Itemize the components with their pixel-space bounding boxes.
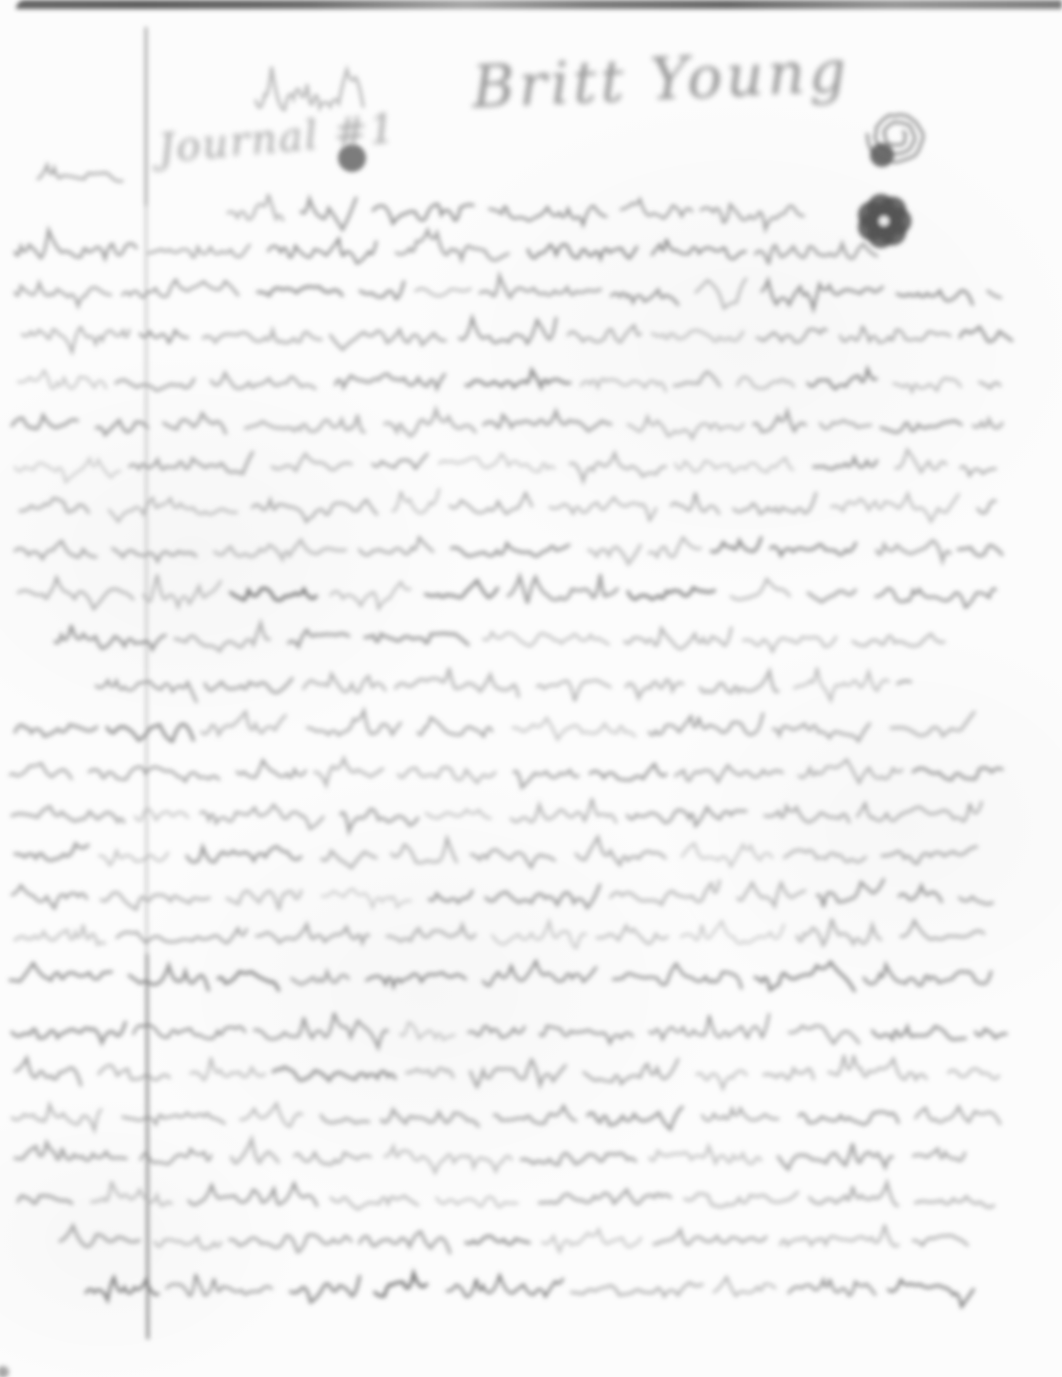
handwriting-stroke	[625, 628, 732, 649]
handwriting-stroke	[570, 453, 666, 481]
handwriting-stroke	[756, 244, 877, 264]
handwriting-stroke	[899, 886, 941, 902]
handwriting-stroke	[508, 574, 617, 603]
handwriting-stroke	[820, 420, 871, 428]
handwriting-stroke	[494, 1106, 576, 1123]
handwriting-stroke	[38, 165, 122, 181]
handwriting-stroke	[697, 1071, 747, 1089]
handwriting-stroke	[817, 879, 883, 907]
handwriting-stroke	[571, 1283, 702, 1297]
handwriting-stroke	[743, 637, 836, 652]
handwriting-stroke	[948, 1069, 999, 1079]
handwriting-stroke	[897, 291, 972, 305]
handwriting-stroke	[831, 494, 958, 522]
handwriting-stroke	[814, 458, 877, 469]
handwriting-stroke	[799, 760, 902, 783]
handwriting-stroke	[215, 540, 346, 559]
handwriting-stroke	[203, 331, 321, 343]
handwriting-stroke	[240, 1104, 302, 1127]
handwriting-stroke	[400, 1023, 454, 1040]
handwriting-stroke	[671, 493, 719, 514]
handwriting-stroke	[12, 1022, 125, 1042]
handwriting-stroke	[771, 543, 856, 556]
handwriting-stroke	[113, 549, 196, 562]
handwriting-mark	[0, 1366, 9, 1377]
handwriting-stroke	[191, 1057, 265, 1080]
handwriting-stroke	[123, 1113, 225, 1124]
handwriting-stroke	[429, 891, 472, 903]
handwriting-stroke	[960, 327, 1012, 342]
handwriting-stroke	[621, 199, 692, 218]
handwriting-stroke	[20, 499, 89, 513]
handwriting-stroke	[652, 239, 746, 259]
handwriting-stroke	[331, 1196, 418, 1209]
handwriting-stroke	[385, 410, 475, 436]
handwriting-stroke	[764, 1069, 814, 1080]
handwriting-stroke	[450, 493, 532, 514]
handwriting-stroke	[252, 500, 377, 522]
handwriting-stroke	[875, 589, 995, 608]
handwriting-stroke	[489, 206, 606, 225]
handwriting-stroke	[15, 844, 88, 860]
handwriting-stroke	[773, 724, 869, 741]
handwriting-stroke	[291, 1276, 360, 1302]
handwriting-stroke	[15, 459, 120, 483]
handwriting-stroke	[18, 371, 106, 389]
handwriting-stroke	[674, 372, 720, 386]
handwriting-stroke	[55, 625, 165, 649]
handwriting-stroke	[898, 681, 911, 684]
handwriting-stroke	[122, 280, 238, 298]
handwriting-stroke	[734, 493, 816, 514]
handwriting-stroke	[542, 1230, 641, 1252]
handwriting-stroke	[853, 634, 944, 646]
handwriting-stroke	[116, 379, 194, 391]
handwriting-stroke	[396, 230, 508, 260]
handwriting-stroke	[611, 881, 720, 905]
handwriting-stroke	[10, 963, 112, 981]
handwriting-stroke	[447, 1275, 563, 1296]
handwriting-stroke	[228, 194, 283, 220]
handwriting-stroke	[117, 928, 247, 943]
handwriting-stroke	[540, 1026, 633, 1043]
handwriting-stroke	[539, 1190, 670, 1204]
handwriting-stroke	[336, 374, 445, 388]
handwriting-stroke	[654, 1230, 766, 1244]
handwriting-stroke	[597, 926, 668, 944]
handwriting-stroke	[289, 630, 349, 646]
handwriting-stroke	[810, 1183, 898, 1206]
handwriting-stroke	[18, 577, 133, 609]
handwriting-stroke	[916, 1107, 1001, 1124]
handwriting-stroke	[840, 327, 950, 343]
handwriting-stroke	[360, 282, 404, 299]
handwriting-stroke	[459, 318, 556, 344]
ink-strokes-group	[0, 28, 1012, 1377]
handwriting-stroke	[211, 373, 315, 389]
handwriting-stroke	[373, 204, 473, 223]
handwriting-stroke	[650, 1146, 761, 1163]
handwriting-stroke	[268, 239, 376, 264]
handwriting-stroke	[322, 889, 411, 907]
handwriting-stroke	[129, 966, 208, 991]
handwriting-stroke	[550, 498, 656, 521]
handwriting-stroke	[701, 205, 804, 230]
handwriting-stroke	[107, 724, 193, 741]
handwriting-stroke	[407, 1068, 453, 1077]
handwriting-stroke	[18, 1196, 72, 1204]
handwriting-stroke	[702, 1109, 778, 1121]
handwriting-stroke	[256, 67, 363, 110]
handwriting-stroke	[584, 1059, 678, 1084]
handwriting-stroke	[808, 369, 877, 389]
handwriting-stroke	[789, 1279, 875, 1295]
handwriting-stroke	[738, 883, 805, 906]
handwriting-stroke	[808, 590, 855, 602]
handwriting-stroke	[321, 1115, 369, 1123]
handwriting-stroke	[439, 454, 554, 472]
handwriting-stroke	[15, 925, 105, 945]
handwriting-stroke	[12, 415, 77, 428]
handwriting-stroke	[15, 725, 97, 737]
handwriting-stroke	[301, 198, 356, 229]
handwriting-stroke	[891, 712, 974, 736]
handwriting-stroke	[737, 377, 793, 389]
handwriting-stroke	[398, 767, 495, 782]
handwriting-stroke	[12, 807, 124, 822]
handwriting-stroke	[959, 897, 992, 904]
handwriting-stroke	[135, 809, 188, 821]
handwriting-stroke	[365, 633, 468, 644]
handwriting-stroke	[466, 1236, 530, 1244]
handwriting-stroke	[960, 466, 995, 475]
handwriting-stroke	[437, 1197, 518, 1207]
handwriting-stroke	[246, 415, 365, 432]
handwriting-stroke	[628, 417, 743, 438]
handwriting-stroke	[331, 582, 411, 609]
handwriting-stroke	[492, 921, 586, 948]
handwriting-stroke	[882, 847, 977, 864]
handwriting-stroke	[973, 420, 1002, 428]
handwriting-stroke	[109, 498, 237, 522]
handwriting-stroke	[315, 759, 383, 786]
handwriting-stroke	[201, 805, 324, 829]
handwriting-stroke	[375, 1273, 427, 1296]
handwriting-stroke	[330, 330, 445, 350]
handwriting-stroke	[175, 623, 270, 651]
handwriting-stroke	[469, 1026, 525, 1037]
handwriting-stroke	[513, 718, 635, 739]
handwriting-stroke	[148, 245, 249, 257]
handwriting-stroke	[451, 543, 569, 556]
handwriting-stroke	[92, 1181, 172, 1205]
handwriting-stroke	[144, 575, 221, 607]
handwriting-stroke	[484, 411, 611, 431]
handwriting-stroke	[888, 1280, 973, 1307]
handwriting-stroke	[731, 579, 790, 600]
handwriting-stroke	[292, 972, 348, 984]
handwriting-stroke	[15, 230, 136, 258]
handwriting-stroke	[581, 379, 666, 391]
handwriting-stroke	[794, 668, 888, 701]
handwriting-stroke	[15, 1058, 81, 1085]
handwriting-stroke	[978, 501, 996, 513]
handwriting-stroke	[218, 972, 278, 990]
handwriting-mark	[870, 143, 894, 167]
handwriting-stroke	[784, 850, 865, 862]
handwriting-stroke	[381, 1110, 478, 1126]
handwriting-stroke	[675, 765, 782, 781]
handwriting-stroke	[341, 809, 418, 831]
handwriting-stroke	[590, 764, 666, 780]
handwriting-stroke	[568, 326, 640, 343]
handwriting-mark	[879, 216, 889, 226]
handwriting-stroke	[99, 1065, 170, 1080]
handwriting-stroke	[101, 893, 209, 910]
handwriting-stroke	[682, 844, 772, 867]
handwriting-stroke	[765, 806, 849, 822]
handwriting-stroke	[232, 1139, 279, 1163]
handwriting-stroke	[511, 798, 616, 822]
handwriting-stroke	[256, 924, 368, 942]
handwriting-stroke	[913, 768, 1002, 780]
handwriting-stroke	[393, 489, 440, 513]
handwriting-stroke	[359, 537, 433, 555]
handwriting-stroke	[913, 1235, 968, 1245]
handwriting-stroke	[466, 370, 570, 387]
handwriting-stroke	[980, 382, 1001, 388]
handwriting-stroke	[877, 541, 950, 561]
handwriting-stroke	[97, 420, 148, 434]
handwriting-stroke	[514, 771, 578, 788]
handwriting-stroke	[60, 1226, 139, 1247]
handwriting-stroke	[387, 925, 475, 941]
handwriting-stroke	[712, 538, 762, 552]
handwriting-stroke	[164, 414, 226, 434]
handwriting-stroke	[521, 1153, 635, 1164]
handwriting-stroke	[258, 287, 342, 296]
handwriting-stroke	[415, 289, 470, 296]
handwriting-stroke	[307, 711, 400, 735]
handwriting-stroke	[155, 1237, 221, 1248]
handwriting-stroke	[537, 680, 610, 701]
handwriting-stroke	[322, 851, 376, 868]
handwriting-stroke	[133, 1025, 245, 1039]
handwriting-stroke	[681, 921, 784, 943]
handwriting-stroke	[273, 1067, 395, 1080]
handwriting-stroke	[237, 760, 306, 777]
handwriting-stroke	[426, 810, 490, 819]
handwriting-stroke	[187, 847, 301, 863]
handwriting-stroke	[141, 1149, 212, 1164]
handwriting-stroke	[778, 1144, 892, 1170]
handwriting-stroke	[22, 327, 129, 352]
handwriting-stroke	[675, 458, 793, 472]
handwriting-stroke	[762, 280, 883, 309]
handwriting-stroke	[426, 581, 498, 598]
handwriting-stroke	[872, 1026, 965, 1039]
handwriting-stroke	[626, 680, 683, 698]
handwriting-stroke	[589, 545, 640, 563]
handwriting-stroke	[755, 962, 854, 991]
handwriting-stroke	[15, 541, 96, 559]
handwriting-stroke	[915, 1197, 994, 1208]
handwriting-stroke	[10, 763, 72, 778]
handwriting-stroke	[227, 891, 301, 910]
handwriting-stroke	[649, 1014, 769, 1039]
handwriting-stroke	[471, 850, 555, 868]
handwriting-stroke	[470, 1060, 565, 1087]
handwriting-stroke	[367, 973, 466, 987]
handwriting-stroke	[303, 674, 385, 692]
scanned-page: Britt Young Journal #1	[0, 0, 1062, 1377]
handwriting-stroke	[89, 767, 219, 782]
handwriting-stroke	[901, 921, 984, 940]
handwriting-stroke	[528, 244, 637, 258]
handwriting-stroke	[757, 329, 826, 342]
handwriting-stroke	[958, 545, 1002, 555]
handwriting-stroke	[130, 452, 253, 473]
handwriting-stroke	[696, 279, 746, 309]
handwriting-stroke	[418, 718, 492, 737]
handwriting-stroke	[628, 588, 714, 600]
handwriting-stroke	[652, 330, 743, 341]
handwriting-stroke	[789, 1026, 859, 1044]
handwriting-stroke	[294, 1153, 370, 1165]
handwriting-stroke	[255, 1013, 388, 1048]
handwriting-stroke	[864, 965, 991, 985]
handwriting-stroke	[588, 1107, 683, 1129]
handwriting-stroke	[385, 1147, 512, 1173]
handwriting-stroke	[189, 1183, 317, 1205]
handwriting-stroke	[483, 961, 596, 985]
handwriting-stroke	[272, 454, 351, 471]
handwriting-stroke	[754, 411, 806, 431]
handwriting-stroke	[797, 919, 881, 946]
handwriting-stroke	[685, 1192, 798, 1207]
handwriting-stroke	[893, 378, 960, 392]
handwriting-stroke	[714, 1277, 775, 1296]
handwriting-stroke	[576, 837, 665, 865]
handwriting-stroke	[913, 1149, 965, 1161]
handwriting-stroke	[360, 1232, 450, 1253]
handwriting-stroke	[857, 802, 982, 821]
handwriting-stroke	[649, 538, 701, 557]
handwriting-stroke	[627, 807, 746, 826]
handwriting-stroke	[799, 1112, 898, 1124]
handwriting-stroke	[700, 671, 778, 692]
handwriting-stroke	[12, 886, 87, 909]
handwriting-stroke	[373, 454, 428, 469]
handwriting-stroke	[15, 283, 111, 306]
handwriting-stroke	[167, 1274, 272, 1296]
handwriting-stroke	[12, 1105, 101, 1131]
handwriting-stroke	[829, 1055, 927, 1080]
handwriting-stroke	[483, 632, 608, 646]
handwriting-stroke	[99, 851, 168, 865]
handwriting-stroke	[230, 1235, 352, 1252]
handwriting-stroke	[231, 588, 317, 600]
handwriting-stroke	[781, 1225, 899, 1246]
handwriting-stroke	[205, 678, 292, 692]
handwriting-stroke	[486, 885, 600, 908]
handwriting-stroke	[976, 1029, 1007, 1038]
handwriting-layer	[0, 0, 1062, 1377]
handwriting-stroke	[613, 964, 741, 988]
handwriting-stroke	[391, 838, 456, 863]
handwriting-stroke	[15, 1143, 126, 1161]
handwriting-stroke	[896, 450, 947, 472]
handwriting-stroke	[202, 712, 286, 735]
handwriting-stroke	[612, 290, 679, 305]
handwriting-stroke	[480, 276, 601, 298]
handwriting-stroke	[396, 668, 519, 696]
handwriting-stroke	[988, 291, 1001, 298]
handwriting-stroke	[881, 421, 961, 433]
handwriting-stroke	[649, 714, 763, 735]
